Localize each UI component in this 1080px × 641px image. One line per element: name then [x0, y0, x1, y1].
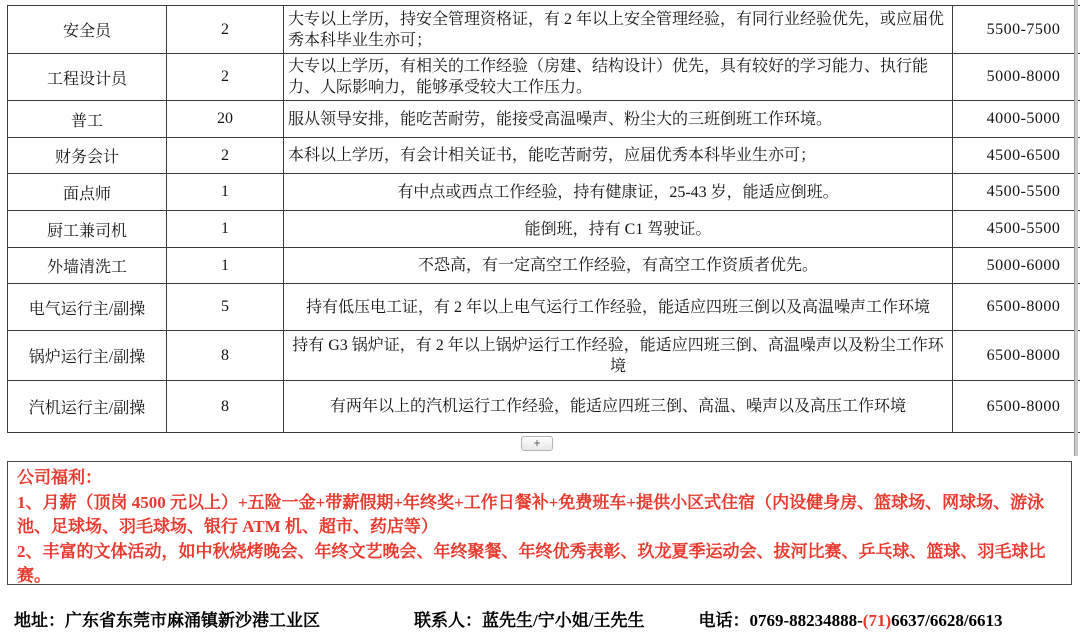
cell-requirements: 持有低压电工证，有 2 年以上电气运行工作经验，能适应四班三倒以及高温噪声工作环… — [284, 284, 953, 331]
cell-job: 锅炉运行主/副操 — [8, 331, 167, 381]
cell-salary: 6500-8000 — [953, 284, 1080, 331]
phone-prefix: 电话：0769-88234888- — [698, 611, 862, 630]
cell-job: 电气运行主/副操 — [8, 284, 167, 331]
cell-job: 汽机运行主/副操 — [8, 381, 167, 433]
footer-contact-line: 地址：广东省东莞市麻涌镇新沙港工业区 联系人：蓝先生/宁小姐/王先生 电话：07… — [14, 606, 1074, 631]
cell-salary: 6500-8000 — [953, 381, 1080, 433]
cell-openings: 5 — [167, 284, 284, 331]
cell-requirements: 持有 G3 锅炉证，有 2 年以上锅炉运行工作经验，能适应四班三倒、高温噪声以及… — [284, 331, 953, 381]
table-row: 面点师1有中点或西点工作经验，持有健康证，25-43 岁，能适应倒班。4500-… — [8, 174, 1080, 211]
jobs-table-body: 安全员2大专以上学历，持安全管理资格证，有 2 年以上安全管理经验，有同行业经验… — [8, 6, 1080, 433]
cell-requirements: 有两年以上的汽机运行工作经验，能适应四班三倒、高温、噪声以及高压工作环境 — [284, 381, 953, 433]
cell-salary: 5000-6000 — [953, 248, 1080, 284]
cell-openings: 8 — [167, 381, 284, 433]
cell-requirements: 能倒班，持有 C1 驾驶证。 — [284, 211, 953, 248]
benefits-item-1: 1、月薪（顶岗 4500 元以上）+五险一金+带薪假期+年终奖+工作日餐补+免费… — [17, 491, 1062, 540]
cell-requirements: 不恐高，有一定高空工作经验，有高空工作资质者优先。 — [284, 248, 953, 284]
cell-salary: 5000-8000 — [953, 54, 1080, 101]
cell-job: 财务会计 — [8, 138, 167, 174]
cell-salary: 5500-7500 — [953, 6, 1080, 54]
expand-button[interactable]: + — [521, 436, 553, 451]
cell-salary: 6500-8000 — [953, 331, 1080, 381]
cell-job: 工程设计员 — [8, 54, 167, 101]
table-row: 汽机运行主/副操8有两年以上的汽机运行工作经验，能适应四班三倒、高温、噪声以及高… — [8, 381, 1080, 433]
cell-job: 厨工兼司机 — [8, 211, 167, 248]
benefits-item-2: 2、丰富的文体活动，如中秋烧烤晚会、年终文艺晚会、年终聚餐、年终优秀表彰、玖龙夏… — [17, 540, 1062, 589]
table-row: 外墙清洗工1不恐高，有一定高空工作经验，有高空工作资质者优先。5000-6000 — [8, 248, 1080, 284]
cell-salary: 4500-5500 — [953, 211, 1080, 248]
phone-ext-highlight: (71) — [863, 611, 891, 630]
cell-requirements: 大专以上学历，持安全管理资格证，有 2 年以上安全管理经验，有同行业经验优先，或… — [284, 6, 953, 54]
table-row: 工程设计员2大专以上学历，有相关的工作经验（房建、结构设计）优先，具有较好的学习… — [8, 54, 1080, 101]
cell-job: 安全员 — [8, 6, 167, 54]
table-row: 锅炉运行主/副操8持有 G3 锅炉证，有 2 年以上锅炉运行工作经验，能适应四班… — [8, 331, 1080, 381]
cell-salary: 4500-6500 — [953, 138, 1080, 174]
cell-salary: 4500-5500 — [953, 174, 1080, 211]
cell-requirements: 服从领导安排，能吃苦耐劳，能接受高温噪声、粉尘大的三班倒班工作环境。 — [284, 101, 953, 138]
phone-ext-rest: 6637/6628/6613 — [891, 611, 1002, 630]
jobs-table: 安全员2大专以上学历，持安全管理资格证，有 2 年以上安全管理经验，有同行业经验… — [7, 5, 1080, 433]
benefits-title: 公司福利： — [17, 466, 1062, 491]
cell-openings: 8 — [167, 331, 284, 381]
vertical-scrollbar[interactable] — [1074, 0, 1078, 456]
cell-openings: 2 — [167, 6, 284, 54]
cell-openings: 1 — [167, 211, 284, 248]
table-row: 财务会计2本科以上学历，有会计相关证书，能吃苦耐劳，应届优秀本科毕业生亦可；45… — [8, 138, 1080, 174]
address-text: 地址：广东省东莞市麻涌镇新沙港工业区 — [14, 606, 320, 631]
table-row: 安全员2大专以上学历，持安全管理资格证，有 2 年以上安全管理经验，有同行业经验… — [8, 6, 1080, 54]
table-row: 普工20服从领导安排，能吃苦耐劳，能接受高温噪声、粉尘大的三班倒班工作环境。40… — [8, 101, 1080, 138]
cell-requirements: 有中点或西点工作经验，持有健康证，25-43 岁，能适应倒班。 — [284, 174, 953, 211]
cell-requirements: 本科以上学历，有会计相关证书，能吃苦耐劳，应届优秀本科毕业生亦可； — [284, 138, 953, 174]
table-row: 厨工兼司机1能倒班，持有 C1 驾驶证。4500-5500 — [8, 211, 1080, 248]
table-row: 电气运行主/副操5持有低压电工证，有 2 年以上电气运行工作经验，能适应四班三倒… — [8, 284, 1080, 331]
benefits-box: 公司福利： 1、月薪（顶岗 4500 元以上）+五险一金+带薪假期+年终奖+工作… — [7, 461, 1072, 585]
phone-text: 电话：0769-88234888-(71)6637/6628/6613 — [698, 606, 1002, 631]
cell-job: 面点师 — [8, 174, 167, 211]
cell-openings: 2 — [167, 54, 284, 101]
cell-openings: 2 — [167, 138, 284, 174]
cell-requirements: 大专以上学历，有相关的工作经验（房建、结构设计）优先，具有较好的学习能力、执行能… — [284, 54, 953, 101]
cell-openings: 1 — [167, 248, 284, 284]
cell-salary: 4000-5000 — [953, 101, 1080, 138]
cell-openings: 20 — [167, 101, 284, 138]
contact-persons-text: 联系人：蓝先生/宁小姐/王先生 — [414, 606, 644, 631]
cell-job: 普工 — [8, 101, 167, 138]
cell-openings: 1 — [167, 174, 284, 211]
cell-job: 外墙清洗工 — [8, 248, 167, 284]
